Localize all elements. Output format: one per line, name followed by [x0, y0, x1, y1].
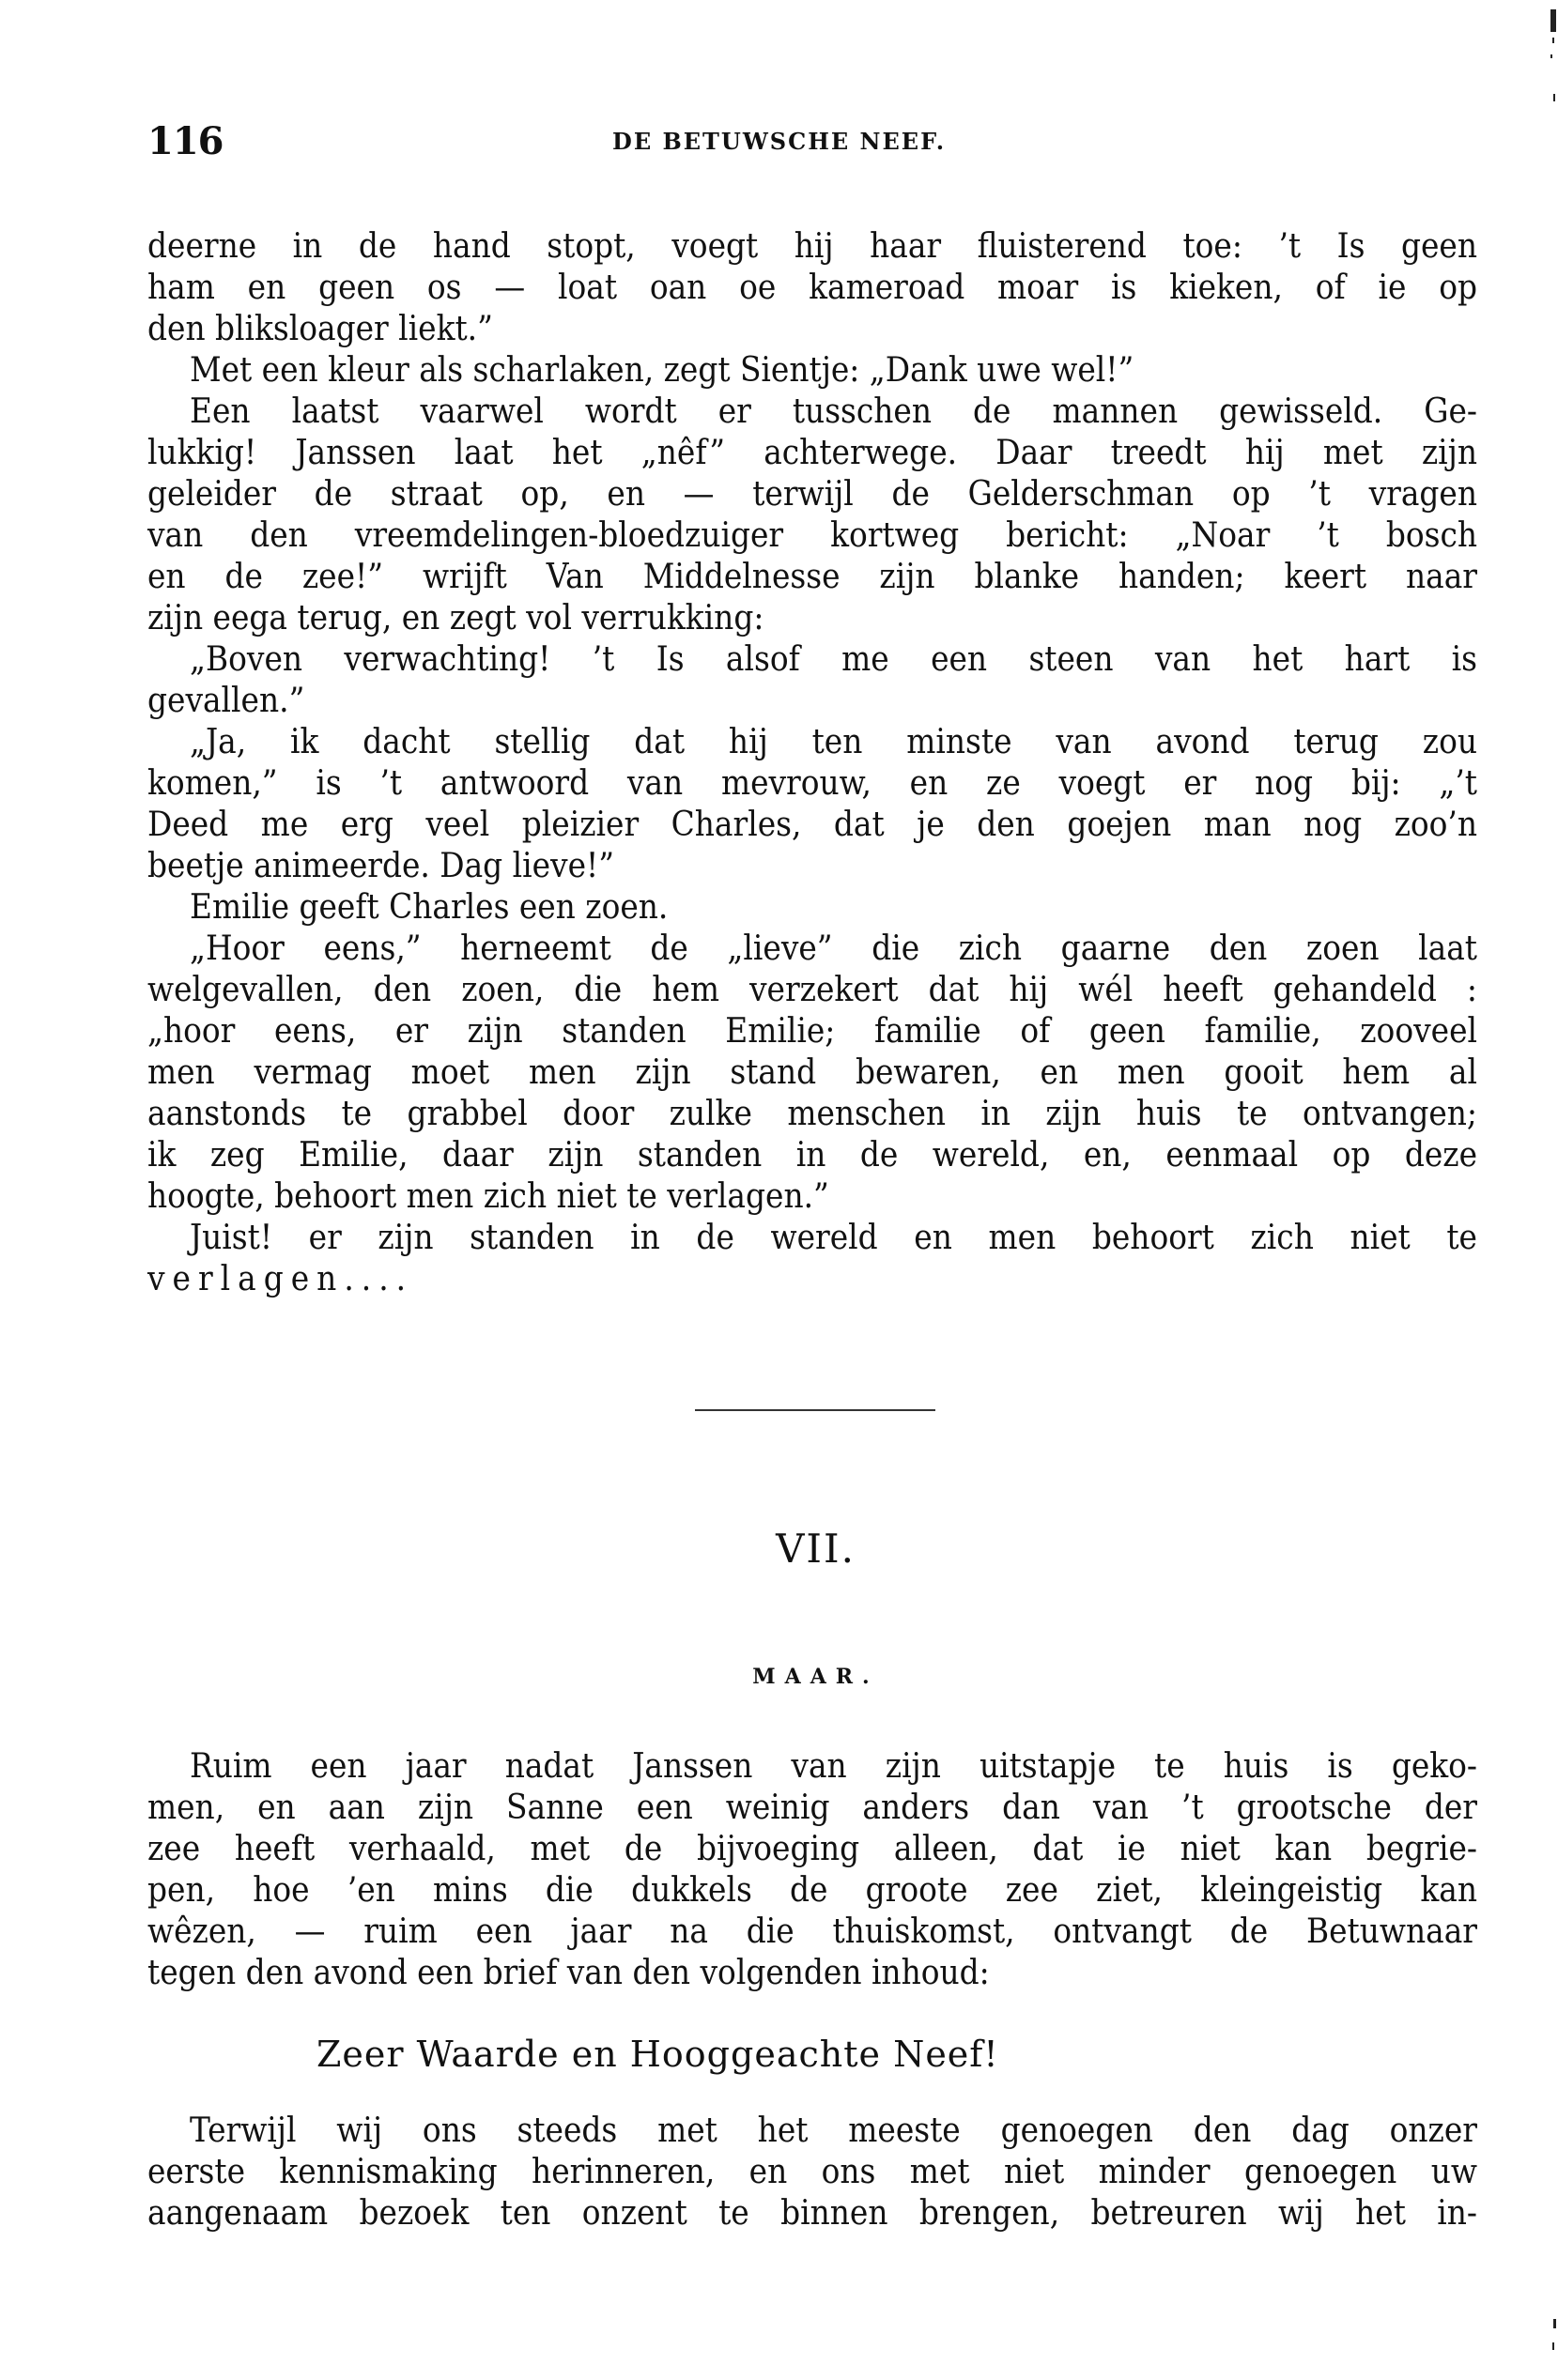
text-line: tegen den avond een brief van den volgen… [147, 1952, 1477, 1993]
text-line: men vermag moet men zijn stand bewaren, … [147, 1052, 1477, 1093]
text-line-emphasis: verlagen.... [147, 1258, 1477, 1299]
text-line: aangenaam bezoek ten onzent te binnen br… [147, 2192, 1477, 2234]
text-line: van den vreemdelingen-bloedzuiger kortwe… [147, 514, 1477, 556]
text-line: zijn eega terug, en zegt vol verrukking: [147, 597, 1477, 638]
text-line: Terwijl wij ons steeds met het meeste ge… [147, 2110, 1477, 2151]
chapter-title: MAAR. [0, 1664, 1558, 1690]
text-line: aanstonds te grabbel door zulke menschen… [147, 1093, 1477, 1134]
text-line: den bliksloager liekt.” [147, 308, 1477, 349]
text-line: Met een kleur als scharlaken, zegt Sient… [147, 349, 1477, 391]
text-line: geleider de straat op, en — terwijl de G… [147, 473, 1477, 514]
running-head: 116 DE BETUWSCHE NEEF. [147, 120, 1477, 163]
text-line: hoogte, behoort men zich niet te verlage… [147, 1175, 1477, 1217]
text-line: „Boven verwachting! ’t Is alsof me een s… [147, 638, 1477, 680]
text-line: wêzen, — ruim een jaar na die thuiskomst… [147, 1911, 1477, 1952]
text-line: „Ja, ik dacht stellig dat hij ten minste… [147, 721, 1477, 762]
text-line: deerne in de hand stopt, voegt hij haar … [147, 225, 1477, 267]
text-line: ham en geen os — loat oan oe kameroad mo… [147, 267, 1477, 308]
text-line: lukkig! Janssen laat het „nêf” achterweg… [147, 432, 1477, 473]
scan-edge-noise [1530, 0, 1558, 2380]
text-line: eerste kennismaking herinneren, en ons m… [147, 2151, 1477, 2192]
text-line: komen,” is ’t antwoord van mevrouw, en z… [147, 762, 1477, 804]
book-page: 116 DE BETUWSCHE NEEF. deerne in de hand… [0, 0, 1558, 2380]
text-line: Een laatst vaarwel wordt er tusschen de … [147, 391, 1477, 432]
text-line: beetje animeerde. Dag lieve!” [147, 845, 1477, 886]
text-line: „hoor eens, er zijn standen Emilie; fami… [147, 1010, 1477, 1052]
text-line: welgevallen, den zoen, die hem verzekert… [147, 969, 1477, 1010]
text-line: Deed me erg veel pleizier Charles, dat j… [147, 804, 1477, 845]
text-line: gevallen.” [147, 680, 1477, 721]
page-number: 116 [147, 120, 224, 163]
text-line: Juist! er zijn standen in de wereld en m… [147, 1217, 1477, 1258]
text-line: en de zee!” wrijft Van Middelnesse zijn … [147, 556, 1477, 597]
text-line: „Hoor eens,” herneemt de „lieve” die zic… [147, 928, 1477, 969]
text-line: Emilie geeft Charles een zoen. [147, 886, 1477, 928]
chapter-number: VII. [0, 1526, 1558, 1573]
text-line: men, en aan zijn Sanne een weinig anders… [147, 1787, 1477, 1828]
text-line: pen, hoe ’en mins die dukkels de groote … [147, 1869, 1477, 1911]
text-line: ik zeg Emilie, daar zijn standen in de w… [147, 1134, 1477, 1175]
running-title: DE BETUWSCHE NEEF. [612, 128, 946, 156]
section-divider [695, 1409, 935, 1411]
letter-salutation: Zeer Waarde en Hooggeachte Neef! [316, 2034, 999, 2075]
text-line: Ruim een jaar nadat Janssen van zijn uit… [147, 1745, 1477, 1787]
text-line: zee heeft verhaald, met de bijvoeging al… [147, 1828, 1477, 1869]
